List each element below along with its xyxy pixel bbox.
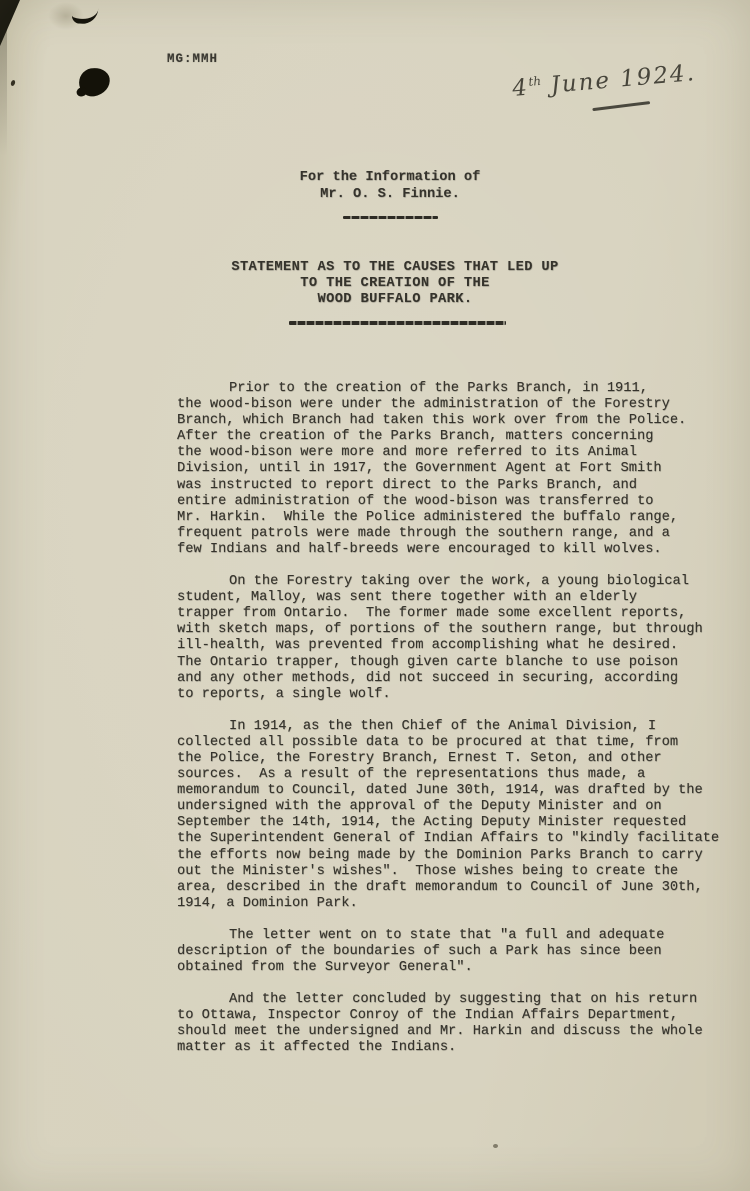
- date-ordinal: th: [528, 74, 542, 89]
- paragraph-5: And the letter concluded by suggesting t…: [177, 992, 719, 1056]
- paragraph-1: Prior to the creation of the Parks Branc…: [177, 381, 719, 558]
- paper-speck: [493, 1144, 498, 1148]
- title-rule: [289, 321, 506, 325]
- salutation-rule: [343, 216, 438, 219]
- handwritten-date: 4th June 1924.: [511, 60, 697, 102]
- document-body: Prior to the creation of the Parks Branc…: [177, 381, 719, 1073]
- date-underline: [592, 101, 650, 111]
- date-month-year: June 1924.: [550, 60, 697, 99]
- paragraph-4: The letter went on to state that "a full…: [177, 928, 719, 976]
- salutation: For the Information of Mr. O. S. Finnie.: [15, 169, 750, 203]
- ink-blot: [77, 66, 112, 99]
- paragraph-2: On the Forestry taking over the work, a …: [177, 574, 719, 703]
- ink-mark-curve: [72, 5, 99, 24]
- scan-edge-shadow: [0, 30, 7, 170]
- paragraph-3: In 1914, as the then Chief of the Animal…: [177, 719, 719, 912]
- document-title: STATEMENT AS TO THE CAUSES THAT LED UP T…: [20, 260, 750, 309]
- typist-initials: MG:MMH: [167, 52, 218, 66]
- scanned-document-page: MG:MMH 4th June 1924. For the Informatio…: [0, 0, 750, 1191]
- ink-speck: [10, 79, 16, 86]
